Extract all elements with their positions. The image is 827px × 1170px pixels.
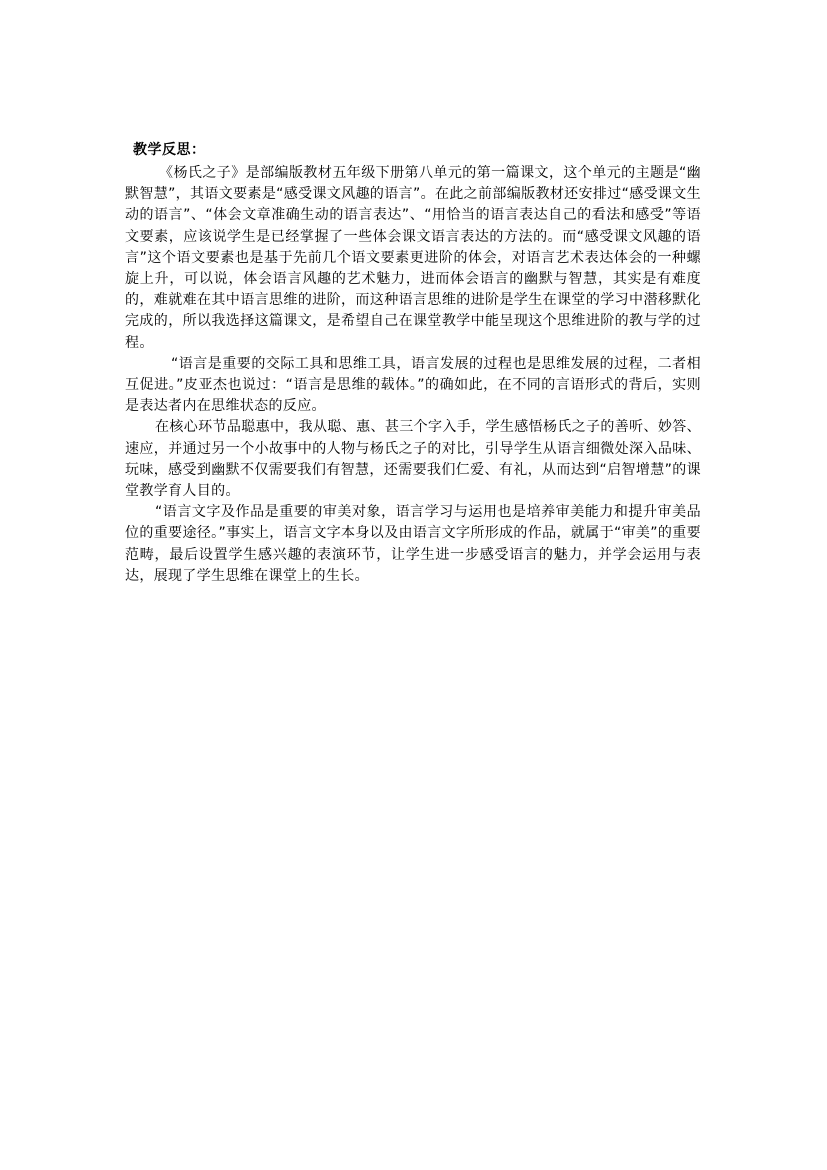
paragraph-intro: 《杨氏之子》是部编版教材五年级下册第八单元的第一篇课文，这个单元的主题是“幽默智… xyxy=(125,163,701,354)
paragraph-aesthetics: “语言文字及作品是重要的审美对象，语言学习与运用也是培养审美能力和提升审美品位的… xyxy=(125,502,701,587)
paragraph-quote-piaget: “语言是重要的交际工具和思维工具，语言发展的过程也是思维发展的过程，二者相互促进… xyxy=(125,354,701,418)
document-page: 教学反思： 《杨氏之子》是部编版教材五年级下册第八单元的第一篇课文，这个单元的主… xyxy=(125,141,701,587)
paragraph-core-segment: 在核心环节品聪惠中，我从聪、惠、甚三个字入手，学生感悟杨氏之子的善听、妙答、速应… xyxy=(125,417,701,502)
section-title: 教学反思： xyxy=(133,141,701,159)
